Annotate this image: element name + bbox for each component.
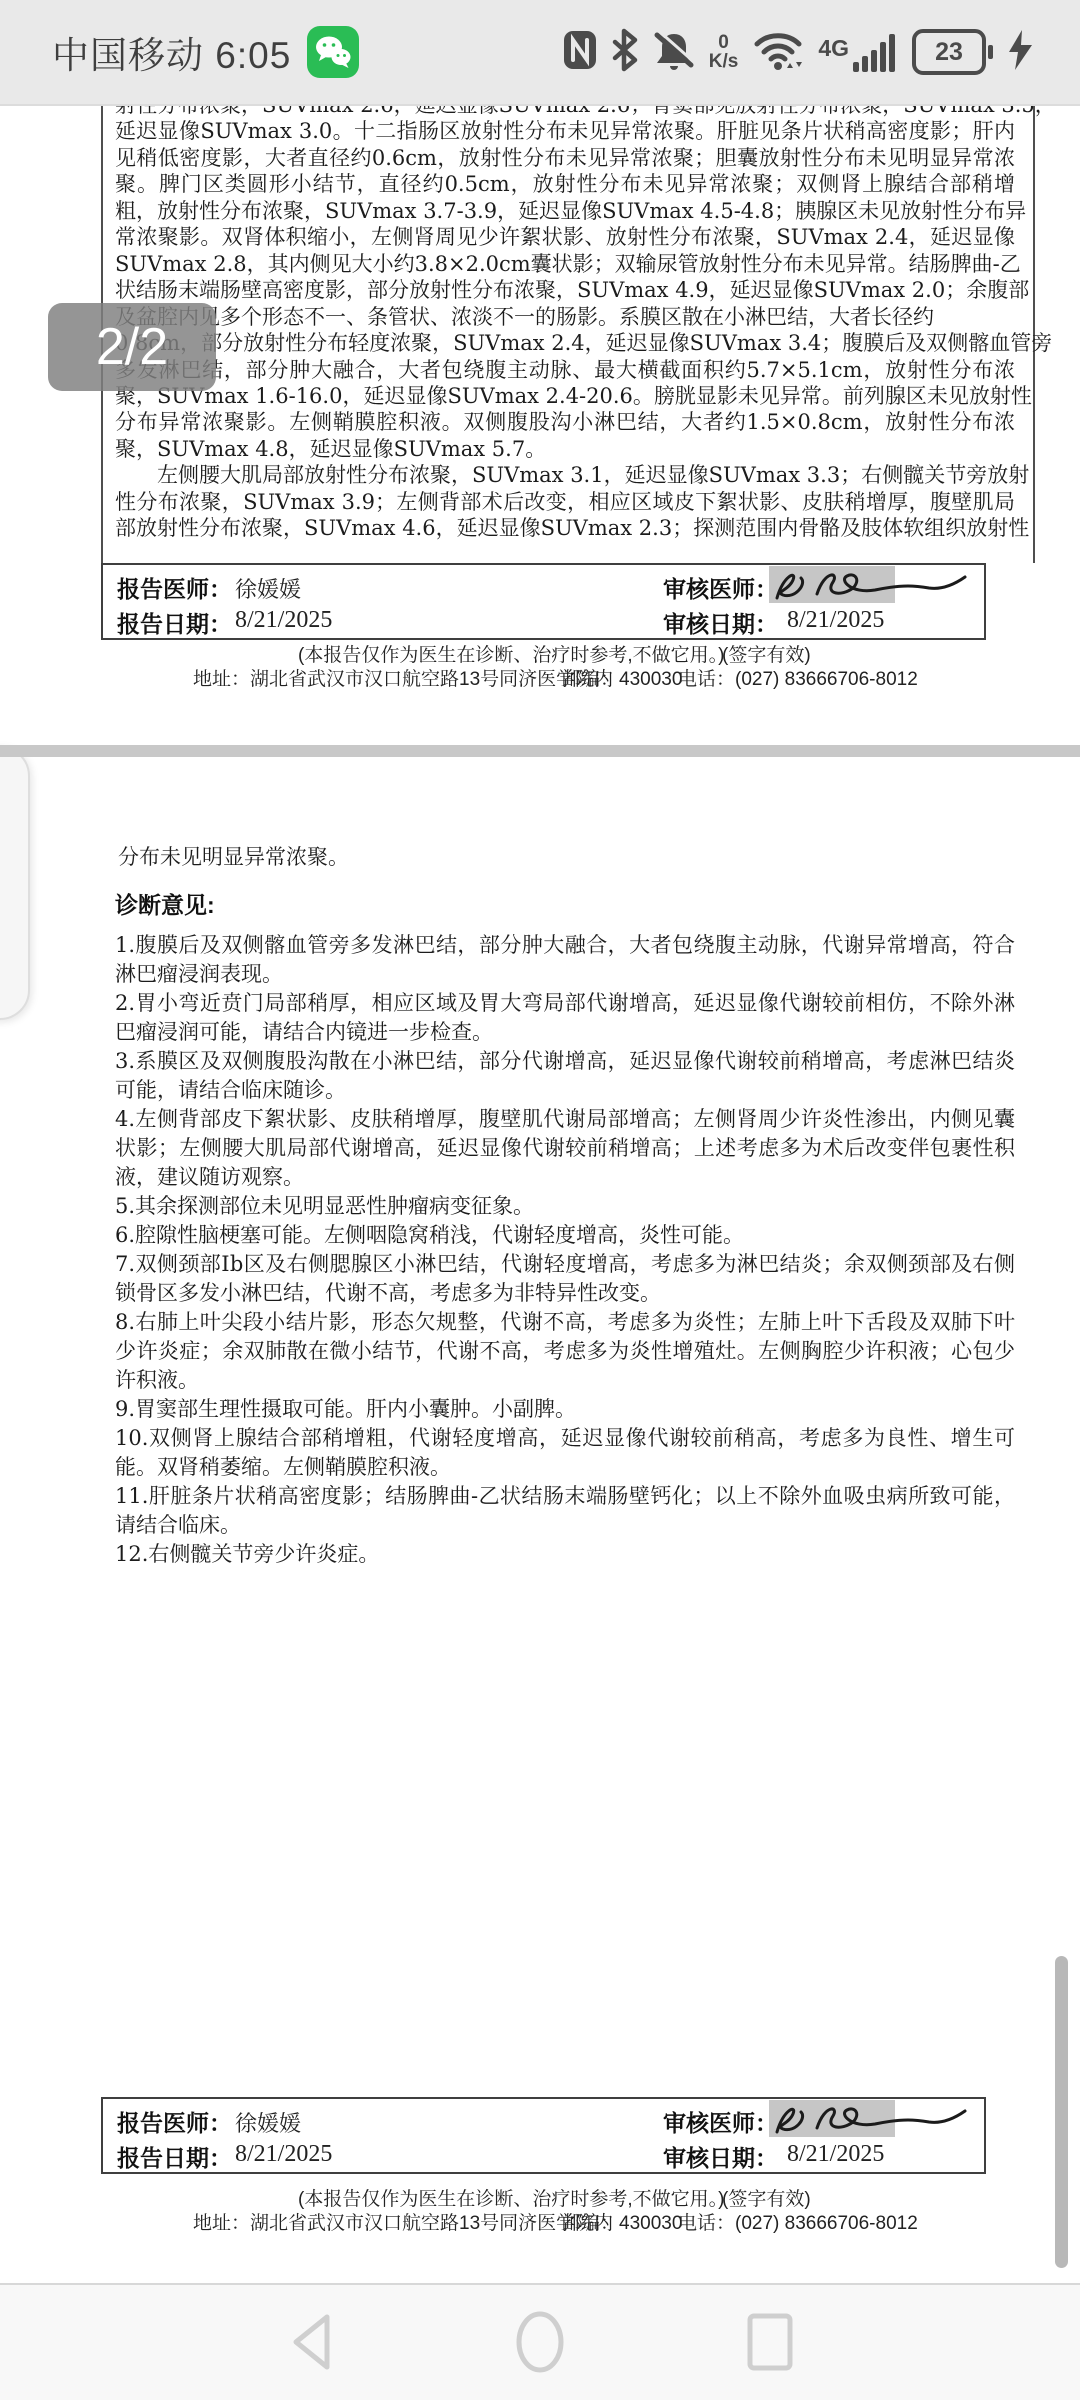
wifi-icon	[751, 28, 805, 76]
network-speed-unit: K/s	[709, 52, 739, 71]
footer-phone: 电话：(027) 83666706-8012	[678, 2208, 918, 2235]
diagnosis-item: 11.肝脏条片状稍高密度影；结肠脾曲-乙状结肠末端肠壁钙化；以上不除外血吸虫病所…	[115, 1482, 1015, 1540]
body-line: 粗，放射性分布浓聚，SUVmax 3.7-3.9，延迟显像SUVmax 4.5-…	[115, 198, 1015, 224]
back-icon[interactable]	[283, 2309, 341, 2379]
body-line: 延迟显像SUVmax 3.0。十二指肠区放射性分布未见异常浓聚。肝脏见条片状稍高…	[115, 118, 1015, 144]
footer-sign-valid: (签字有效)	[722, 640, 811, 667]
diagnosis-item: 7.双侧颈部Ⅰb区及右侧腮腺区小淋巴结，代谢轻度增高，考虑多为淋巴结炎；余双侧颈…	[115, 1250, 1015, 1308]
body-line: 常浓聚影。双肾体积缩小，左侧肾周见少许絮状影、放射性分布浓聚，SUVmax 2.…	[115, 224, 1015, 250]
signal-icon: 4G	[818, 30, 899, 74]
body-line: 射性分布浓聚，SUVmax 2.6，延迟显像SUVmax 2.6；胃窦部见放射性…	[115, 106, 1015, 118]
report-date-label: 报告日期：	[117, 2140, 232, 2173]
nfc-icon	[562, 29, 598, 75]
body-line: 聚，SUVmax 4.8，延迟显像SUVmax 5.7。	[115, 436, 1015, 462]
body-line: 及盆腔内见多个形态不一、条管状、浓淡不一的肠影。系膜区散在小淋巴结，大者长径约	[115, 304, 1015, 330]
footer-address: 地址：湖北省武汉市汉口航空路13号同济医学院内	[193, 664, 613, 691]
home-icon[interactable]	[512, 2309, 568, 2379]
battery-level: 23	[935, 38, 963, 67]
network-type-label: 4G	[818, 38, 849, 58]
battery-icon: 23	[912, 29, 993, 75]
mute-icon	[652, 28, 696, 76]
footer-address: 地址：湖北省武汉市汉口航空路13号同济医学院内	[193, 2208, 613, 2235]
page-indicator-badge: 2/2	[48, 303, 216, 391]
diagnosis-item: 6.腔隙性脑梗塞可能。左侧咽隐窝稍浅，代谢轻度增高，炎性可能。	[115, 1221, 1015, 1250]
body-line: 左侧腰大肌局部放射性分布浓聚，SUVmax 3.1，延迟显像SUVmax 3.3…	[115, 462, 1015, 488]
carryover-line: 分布未见明显异常浓聚。	[118, 841, 349, 871]
report-date-label: 报告日期：	[117, 606, 232, 639]
charging-icon	[1006, 28, 1034, 76]
diagnosis-item: 9.胃窦部生理性摄取可能。肝内小囊肿。小副脾。	[115, 1395, 1015, 1424]
report-doctor-name: 徐媛媛	[235, 573, 301, 604]
diagnosis-item: 1.腹膜后及双侧髂血管旁多发淋巴结，部分肿大融合，大者包绕腹主动脉，代谢异常增高…	[115, 931, 1015, 989]
report-date-value: 8/21/2025	[235, 607, 332, 634]
page-indicator-text: 2/2	[96, 317, 168, 377]
body-line: 聚，SUVmax 1.6-16.0，延迟显像SUVmax 2.4-20.6。膀胱…	[115, 383, 1015, 409]
wechat-icon	[307, 26, 359, 78]
document-page-2: 分布未见明显异常浓聚。 诊断意见: 1.腹膜后及双侧髂血管旁多发淋巴结，部分肿大…	[0, 757, 1080, 2283]
diagnosis-item: 10.双侧肾上腺结合部稍增粗，代谢轻度增高，延迟显像代谢较前稍高，考虑多为良性、…	[115, 1424, 1015, 1482]
review-date-label: 审核日期：	[663, 2140, 778, 2173]
diagnosis-item: 4.左侧背部皮下絮状影、皮肤稍增厚，腹壁肌代谢局部增高；左侧肾周少许炎性渗出，内…	[115, 1105, 1015, 1192]
battery-nub	[988, 45, 993, 59]
navigation-bar	[0, 2283, 1080, 2400]
report-signature-table-1: 报告医师： 徐媛媛 审核医师： 报告日期： 8/21/2025 审核日期： 8/…	[101, 563, 986, 640]
review-date-label: 审核日期：	[663, 606, 778, 639]
footer-zip: 邮编：430030	[562, 664, 682, 691]
body-line: 见稍低密度影，大者直径约0.6cm，放射性分布未见异常浓聚；胆囊放射性分布未见明…	[115, 145, 1015, 171]
status-bar: 中国移动 6:05	[0, 0, 1080, 106]
diagnosis-heading: 诊断意见:	[115, 887, 215, 920]
phone-screen: 中国移动 6:05	[0, 0, 1080, 2400]
diagnosis-item: 5.其余探测部位未见明显恶性肿瘤病变征象。	[115, 1192, 1015, 1221]
report-doctor-label: 报告医师：	[117, 2105, 232, 2138]
recents-icon[interactable]	[742, 2309, 798, 2379]
body-line: 聚。脾门区类圆形小结节，直径约0.5cm，放射性分布未见异常浓聚；双侧肾上腺结合…	[115, 171, 1015, 197]
body-line: 0.8cm，部分放射性分布轻度浓聚，SUVmax 2.4，延迟显像SUVmax …	[115, 330, 1015, 356]
carrier-and-time: 中国移动 6:05	[52, 25, 291, 79]
review-date-value: 8/21/2025	[787, 2141, 884, 2168]
diagnosis-item: 3.系膜区及双侧腹股沟散在小淋巴结，部分代谢增高，延迟显像代谢较前稍增高，考虑淋…	[115, 1047, 1015, 1105]
body-line: 状结肠末端肠壁高密度影，部分放射性分布浓聚，SUVmax 4.9，延迟显像SUV…	[115, 277, 1015, 303]
footer-disclaimer: (本报告仅作为医生在诊断、治疗时参考,不做它用。)	[298, 640, 724, 667]
footer-phone: 电话：(027) 83666706-8012	[678, 664, 918, 691]
review-doctor-signature	[769, 2100, 895, 2137]
network-speed-value: 0	[709, 33, 739, 52]
bluetooth-icon	[611, 28, 639, 76]
edge-panel-handle[interactable]	[0, 746, 30, 1020]
footer-sign-valid: (签字有效)	[722, 2184, 811, 2211]
body-line: SUVmax 2.8，其内侧见大小约3.8×2.0cm囊状影；双输尿管放射性分布…	[115, 251, 1015, 277]
body-line: 性分布浓聚，SUVmax 3.9；左侧背部术后改变，相应区域皮下絮状影、皮肤稍增…	[115, 489, 1015, 515]
diagnosis-item: 12.右侧髋关节旁少许炎症。	[115, 1540, 1015, 1569]
footer-disclaimer: (本报告仅作为医生在诊断、治疗时参考,不做它用。)	[298, 2184, 724, 2211]
report-doctor-label: 报告医师：	[117, 571, 232, 604]
diagnosis-item: 8.右肺上叶尖段小结片影，形态欠规整，代谢不高，考虑多为炎性；左肺上叶下舌段及双…	[115, 1308, 1015, 1395]
body-line: 分布异常浓聚影。左侧鞘膜腔积液。双侧腹股沟小淋巴结，大者约1.5×0.8cm，放…	[115, 409, 1015, 435]
document-page-1: 射性分布浓聚，SUVmax 2.6，延迟显像SUVmax 2.6；胃窦部见放射性…	[0, 106, 1080, 745]
report-doctor-name: 徐媛媛	[235, 2107, 301, 2138]
scrollbar-thumb[interactable]	[1055, 1956, 1068, 2268]
network-speed: 0 K/s	[709, 33, 739, 71]
page-gap	[0, 745, 1080, 757]
review-doctor-signature	[769, 566, 895, 603]
diagnosis-list: 1.腹膜后及双侧髂血管旁多发淋巴结，部分肿大融合，大者包绕腹主动脉，代谢异常增高…	[115, 931, 1015, 1569]
review-date-value: 8/21/2025	[787, 607, 884, 634]
footer-zip: 邮编：430030	[562, 2208, 682, 2235]
body-line: 部放射性分布浓聚，SUVmax 4.6，延迟显像SUVmax 2.3；探测范围内…	[115, 515, 1015, 541]
report-signature-table-2: 报告医师： 徐媛媛 审核医师： 报告日期： 8/21/2025 审核日期： 8/…	[101, 2097, 986, 2174]
diagnosis-item: 2.胃小弯近贲门局部稍厚，相应区域及胃大弯局部代谢增高，延迟显像代谢较前相仿，不…	[115, 989, 1015, 1047]
report-body-text: 射性分布浓聚，SUVmax 2.6，延迟显像SUVmax 2.6；胃窦部见放射性…	[115, 106, 1015, 542]
body-line: 多发淋巴结，部分肿大融合，大者包绕腹主动脉、最大横截面积约5.7×5.1cm，放…	[115, 357, 1015, 383]
report-date-value: 8/21/2025	[235, 2141, 332, 2168]
